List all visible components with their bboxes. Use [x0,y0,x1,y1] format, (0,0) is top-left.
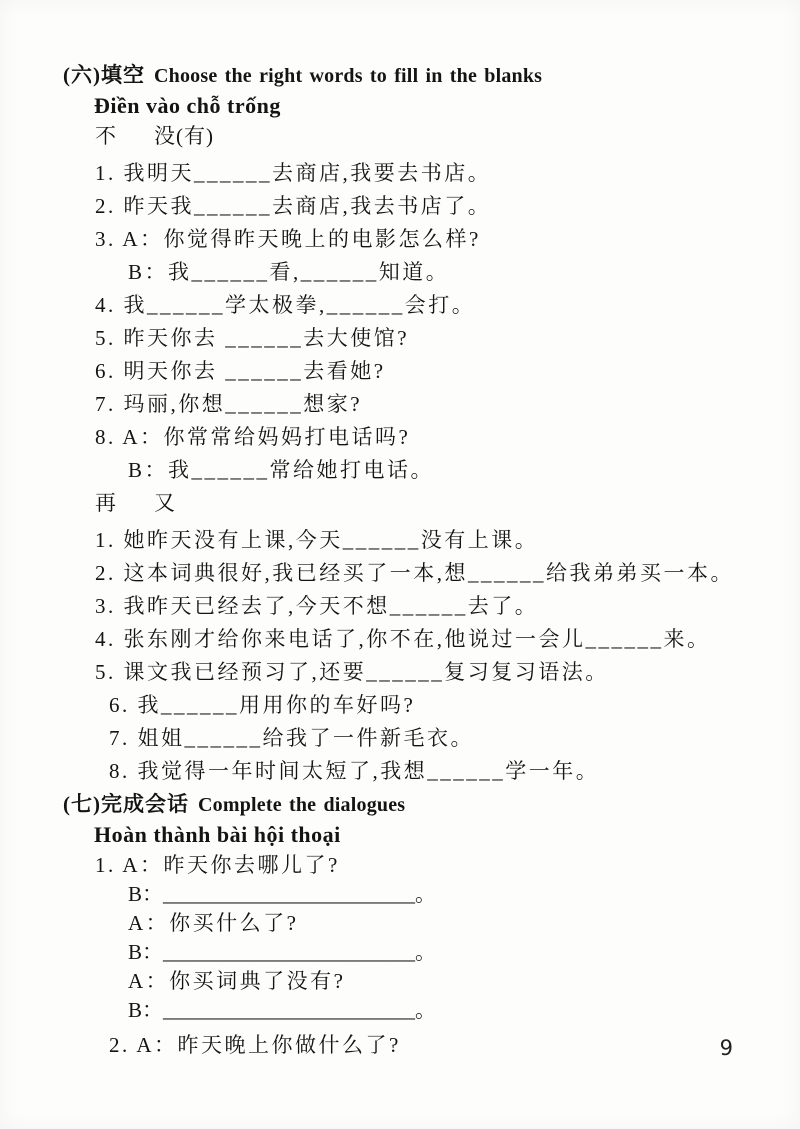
dialogue-2: 2. A：昨天晚上你做什么了? [0,1032,800,1058]
s7d1-line-3b: B：________________________。 [128,997,800,1023]
section6-title-cn: (六)填空 [63,63,145,87]
s6g2-item-4: 4. 张东刚才给你来电话了,你不在,他说过一会儿______来。 [95,626,800,652]
s6g2-item-2: 2. 这本词典很好,我已经买了一本,想______给我弟弟买一本。 [95,560,800,586]
s6g2-item-5: 5. 课文我已经预习了,还要______复习复习语法。 [95,659,800,685]
s6g2-item-6: 6. 我______用用你的车好吗? [109,692,800,718]
section7-title-cn: (七)完成会话 [63,792,189,816]
s6g2-item-3: 3. 我昨天已经去了,今天不想______去了。 [95,593,800,619]
dialogue-1: 1. A：昨天你去哪儿了? B：________________________… [0,852,800,1023]
s6g1-item-7: 7. 玛丽,你想______想家? [95,391,800,417]
s6g1-item-2: 2. 昨天我______去商店,我去书店了。 [95,193,800,219]
s7d2-line-1a: 2. A：昨天晚上你做什么了? [109,1032,800,1058]
section7-title-en: Complete the dialogues [198,794,405,816]
s6g2-item-7: 7. 姐姐______给我了一件新毛衣。 [109,725,800,751]
section7-heading: (七)完成会话Complete the dialogues [63,791,800,818]
s7d1-line-1b: B：________________________。 [128,881,800,907]
s7d1-line-3a: A：你买词典了没有? [128,968,800,994]
section6-heading: (六)填空Choose the right words to fill in t… [63,62,800,89]
s6g1-item-8b: B：我______常给她打电话。 [128,457,800,483]
word-choice-you: 又 [154,491,176,515]
s6g1-item-8a: 8. A：你常常给妈妈打电话吗? [95,424,800,450]
word-bank-bu-meiyou: 不没(有) [95,123,800,150]
section6-subtitle-vietnamese: Điền vào chỗ trống [94,92,800,119]
s6g1-item-4: 4. 我______学太极拳,______会打。 [95,292,800,318]
s6g1-item-3b: B：我______看,______知道。 [128,259,800,285]
s6g2-item-8: 8. 我觉得一年时间太短了,我想______学一年。 [109,758,800,784]
s7d1-line-2a: A：你买什么了? [128,910,800,936]
s6g1-item-6: 6. 明天你去 ______去看她? [95,358,800,384]
page-content: (六)填空Choose the right words to fill in t… [0,0,800,1058]
word-bank-zai-you: 再又 [95,490,800,517]
page-number: 9 [720,1036,733,1060]
s7d1-line-1a: 1. A：昨天你去哪儿了? [95,852,800,878]
section7-subtitle-vietnamese: Hoàn thành bài hội thoại [94,821,800,848]
textbook-page: (六)填空Choose the right words to fill in t… [0,0,800,1129]
s6g1-item-3a: 3. A：你觉得昨天晚上的电影怎么样? [95,226,800,252]
s6g1-item-1: 1. 我明天______去商店,我要去书店。 [95,160,800,186]
s6g2-item-1: 1. 她昨天没有上课,今天______没有上课。 [95,527,800,553]
word-choice-meiyou: 没(有) [154,124,214,148]
word-choice-zai: 再 [95,491,117,515]
s7d1-line-2b: B：________________________。 [128,939,800,965]
s6g1-item-5: 5. 昨天你去 ______去大使馆? [95,325,800,351]
word-choice-bu: 不 [95,124,117,148]
section6-title-en: Choose the right words to fill in the bl… [154,65,542,87]
